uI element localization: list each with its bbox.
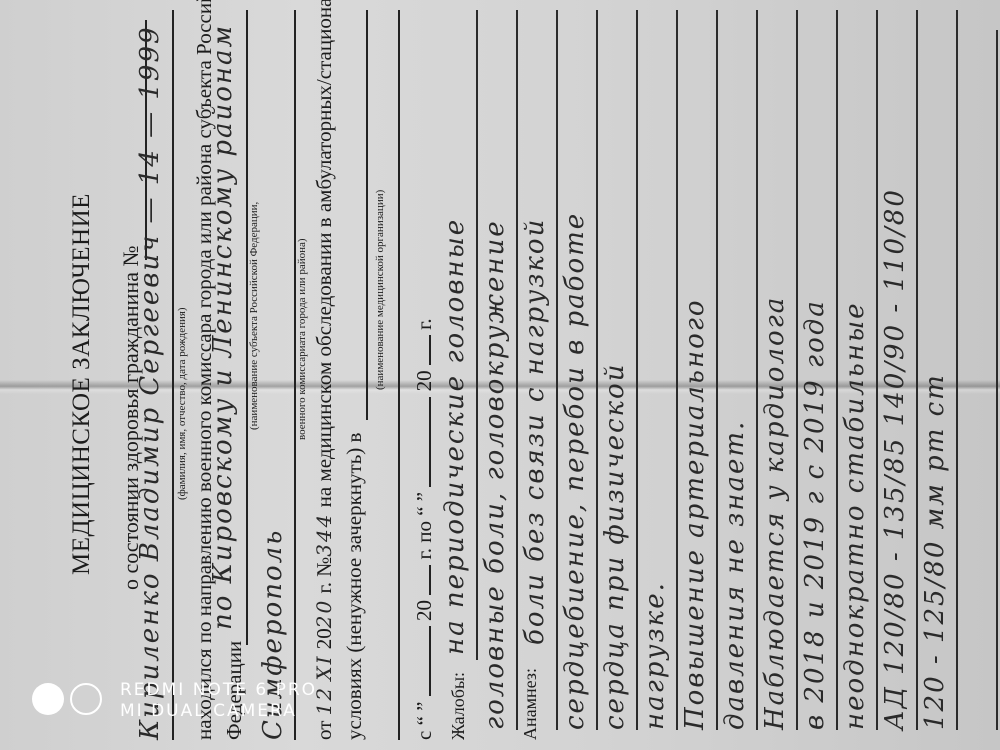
watermark-line-1: REDMI NOTE 6 PRO bbox=[120, 680, 317, 701]
empty-ruled-line bbox=[996, 30, 998, 730]
caption-org: (наименование медицинской организации) bbox=[374, 190, 386, 390]
period-year1: 20 bbox=[412, 600, 436, 621]
filled-circle-icon bbox=[32, 683, 64, 715]
handwritten-line: на периодические головные bbox=[440, 218, 470, 655]
complaints-label: Жалобы: bbox=[448, 672, 469, 740]
conditions-text: условиях (ненужное зачеркнуть) в bbox=[342, 433, 367, 740]
handwritten-line: нагрузке. bbox=[640, 581, 670, 730]
caption-name: (фамилия, имя, отчество, дата рождения) bbox=[176, 307, 188, 500]
handwritten-line: Повышение артериального bbox=[680, 298, 710, 730]
number-label: г. № bbox=[312, 557, 336, 594]
ruled-line bbox=[756, 10, 758, 730]
handwritten-line: головные боли, головокружение bbox=[480, 219, 510, 730]
handwritten-line: давления не знает. bbox=[720, 420, 750, 730]
exam-text: на медицинском обследовании в амбулаторн… bbox=[312, 0, 336, 507]
org-underline-2 bbox=[398, 10, 400, 740]
period-g: г. bbox=[412, 318, 436, 330]
anamnesis-label: Анамнез: bbox=[520, 668, 541, 740]
caption-commissariat: военного комиссариата города или района) bbox=[296, 238, 308, 440]
watermark-line-2: MI DUAL CAMERA bbox=[120, 701, 317, 722]
ruled-line bbox=[836, 10, 838, 730]
ruled-line bbox=[476, 10, 478, 660]
ruled-line bbox=[716, 10, 718, 730]
ruled-line bbox=[676, 10, 678, 730]
name-underline bbox=[172, 10, 174, 740]
caption-subject: (наименование субъекта Российской Федера… bbox=[248, 202, 260, 430]
outline-circle-icon bbox=[70, 683, 102, 715]
from-label: от bbox=[312, 721, 336, 740]
ruled-line bbox=[636, 10, 638, 730]
ruled-line bbox=[516, 10, 518, 730]
org-underline-1 bbox=[366, 10, 368, 420]
handwritten-line: АД 120/80 - 135/85 140/90 - 110/80 bbox=[880, 188, 910, 730]
ruled-line bbox=[596, 10, 598, 730]
referral-handwritten: по Кировскому и Ленинскому районам bbox=[208, 24, 238, 630]
period-to: г. по “ ” bbox=[412, 492, 436, 560]
medical-document-page: МЕДИЦИНСКОЕ ЗАКЛЮЧЕНИЕ о состоянии здоро… bbox=[0, 0, 1000, 750]
ruled-line bbox=[796, 10, 798, 730]
ruled-line bbox=[556, 10, 558, 730]
camera-watermark: REDMI NOTE 6 PRO MI DUAL CAMERA bbox=[120, 680, 317, 722]
handwritten-line: 120 - 125/80 мм рт ст bbox=[920, 373, 950, 730]
handwritten-line: Наблюдается у кардиолога bbox=[760, 296, 790, 730]
year-handwritten: 20 bbox=[312, 599, 336, 628]
ruled-line bbox=[956, 10, 958, 730]
handwritten-line: боли без связи с нагрузкой bbox=[520, 218, 550, 645]
year-prefix: 20 bbox=[312, 628, 336, 649]
ruled-line bbox=[916, 10, 918, 730]
number-handwritten: 344 bbox=[312, 513, 336, 557]
citizen-name-handwritten: Кириленко Владимир Сергеевич — 14 — 1999 bbox=[135, 25, 165, 740]
period-from: с “ ” bbox=[412, 702, 436, 740]
handwritten-line: сердцебиение, перебои в работе bbox=[560, 212, 590, 730]
ruled-line bbox=[876, 10, 878, 730]
handwritten-line: в 2018 и 2019 г с 2019 года bbox=[800, 299, 830, 730]
handwritten-line: сердца при физической bbox=[600, 363, 630, 730]
handwritten-line: неоднократно стабильные bbox=[840, 301, 870, 730]
period-year2: 20 bbox=[412, 370, 436, 391]
document-title: МЕДИЦИНСКОЕ ЗАКЛЮЧЕНИЕ bbox=[68, 193, 96, 575]
date-month: XI bbox=[312, 655, 336, 681]
